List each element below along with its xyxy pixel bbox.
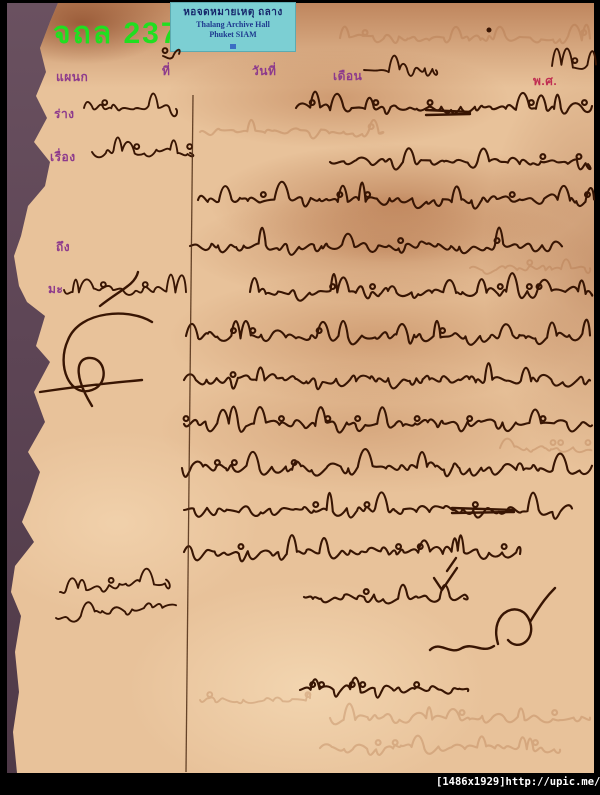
bleed-2 bbox=[200, 120, 383, 138]
year-value bbox=[552, 49, 596, 69]
body-line-10 bbox=[184, 492, 572, 518]
bleed-7 bbox=[200, 692, 310, 703]
body-line-2 bbox=[330, 148, 591, 169]
handwriting-layer bbox=[0, 0, 600, 795]
closing-check bbox=[434, 558, 457, 590]
position-line bbox=[300, 678, 468, 698]
body-line-11 bbox=[184, 535, 520, 561]
body-line-9 bbox=[182, 449, 592, 477]
bleed-6 bbox=[320, 736, 560, 755]
body-line-4 bbox=[190, 228, 562, 255]
body-line-3 bbox=[198, 182, 594, 209]
body-line-7 bbox=[184, 363, 590, 389]
ink-dot bbox=[487, 28, 492, 33]
note-line-1 bbox=[60, 569, 170, 593]
body-line-5 bbox=[250, 273, 592, 301]
column-divider-rule bbox=[186, 95, 193, 772]
watermark-text: [1486x1929]http://upic.me/ bbox=[436, 776, 600, 788]
scanned-document: จถล 237 หอจดหมายเหตุ ถลาง Thalang Archiv… bbox=[0, 0, 600, 795]
subject-value bbox=[92, 137, 193, 157]
bleed-1 bbox=[340, 25, 590, 43]
bleed-3 bbox=[470, 259, 590, 274]
body-line-8 bbox=[184, 407, 592, 433]
bleed-5 bbox=[330, 704, 590, 725]
number-note bbox=[163, 48, 180, 58]
month-value bbox=[364, 56, 437, 76]
bleed-4 bbox=[500, 439, 591, 453]
draft-value bbox=[84, 94, 177, 117]
note-line-2 bbox=[56, 602, 176, 621]
addressee-value bbox=[64, 275, 186, 295]
signature-right bbox=[430, 588, 555, 650]
body-line-6 bbox=[186, 320, 590, 345]
